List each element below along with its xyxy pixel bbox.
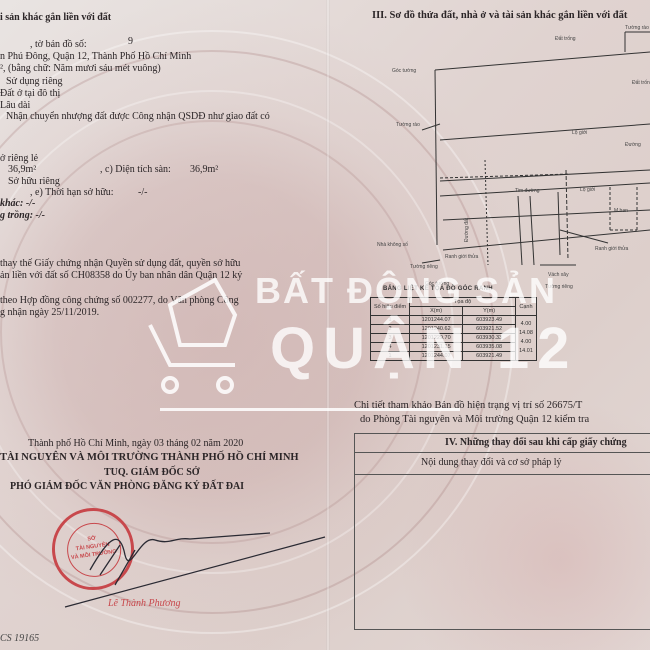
area-words-line: ², (bằng chữ: Năm mươi sáu mét vuông) — [0, 63, 161, 75]
section-4-title: IV. Những thay đổi sau khi cấp giấy chứn… — [445, 437, 627, 449]
map-sheet-label: , tờ bản đồ số: — [30, 39, 87, 51]
map-sheet-number: 9 — [128, 36, 133, 48]
floor-area-label: , c) Diện tích sàn: — [100, 164, 171, 176]
signer-name: Lê Thành Phương — [108, 598, 180, 610]
handwritten-signature — [60, 515, 330, 610]
changes-column-label: Nội dung thay đổi và cơ sở pháp lý — [421, 457, 562, 469]
construction-area: 36,9m² — [8, 164, 36, 176]
house-cart-icon — [140, 265, 250, 405]
ownership-term-label: , e) Thời hạn sở hữu: — [30, 187, 114, 199]
signer-title: PHÓ GIÁM ĐỐC VĂN PHÒNG ĐĂNG KÝ ĐẤT ĐAI — [10, 481, 244, 493]
watermark-line-1: BẤT ĐỘNG SẢN — [255, 270, 557, 312]
label-wall: Tường rào — [625, 25, 649, 31]
issue-date-line: Thành phố Hồ Chí Minh, ngày 03 tháng 02 … — [28, 438, 243, 450]
note-line-4: g nhận ngày 25/11/2019. — [0, 307, 99, 319]
label-dirt-road: Đường đất — [464, 217, 470, 242]
origin-line: Nhận chuyển nhượng đất được Công nhận QS… — [6, 111, 270, 123]
label-road-center: Tim đường — [515, 188, 540, 194]
certificate-page: i sản khác gắn liền với đất , tờ bản đồ … — [0, 0, 650, 650]
address-line: n Phú Đông, Quận 12, Thành Phố Hồ Chí Mi… — [0, 51, 191, 63]
perennial-trees: g trồng: -/- — [0, 210, 45, 222]
use-form-line: Sử dụng riêng — [6, 76, 63, 88]
label-empty-land: Đất trống — [555, 36, 576, 42]
label-wall-corner: Góc tường — [392, 68, 416, 74]
watermark-line-2: QUẬN 12 — [270, 315, 577, 382]
reference-line-2: do Phòng Tài nguyên và Môi trường Quận 1… — [360, 414, 589, 426]
certificate-serial: CS 19165 — [0, 633, 39, 645]
left-header: i sản khác gắn liền với đất — [0, 12, 111, 24]
label-setback: Lộ giới — [580, 187, 595, 193]
label-setback: Lộ giới — [572, 130, 587, 136]
section-4-table: IV. Những thay đổi sau khi cấp giấy chứn… — [354, 433, 650, 630]
ownership-term-value: -/- — [138, 187, 147, 199]
label-balcony: M ban — [614, 208, 628, 214]
section-4-column-header: Nội dung thay đổi và cơ sở pháp lý — [355, 452, 650, 475]
label-road: Đường — [625, 142, 641, 148]
label-empty-land-right: Đất trống — [632, 80, 650, 86]
authority-line: TUQ. GIÁM ĐỐC SỞ — [104, 467, 200, 479]
floor-area-value: 36,9m² — [190, 164, 218, 176]
label-unnumbered-house: Nhà không số — [377, 242, 408, 248]
label-boundary: Ranh giới thửa — [445, 253, 479, 260]
label-boundary: Ranh giới thửa — [595, 245, 629, 252]
plot-diagram: Đất trống Tường rào Góc tường Đất trống … — [340, 20, 650, 290]
land-purpose-line: Đất ở tại đô thị — [0, 88, 60, 100]
section-4-header: IV. Những thay đổi sau khi cấp giấy chứn… — [355, 434, 650, 453]
label-wall: Tường rào — [396, 122, 420, 128]
issuing-org: TÀI NGUYÊN VÀ MÔI TRƯỜNG THÀNH PHỐ HỒ CH… — [0, 452, 299, 464]
watermark-divider — [160, 408, 460, 411]
other-construction: khác: -/- — [0, 198, 35, 210]
